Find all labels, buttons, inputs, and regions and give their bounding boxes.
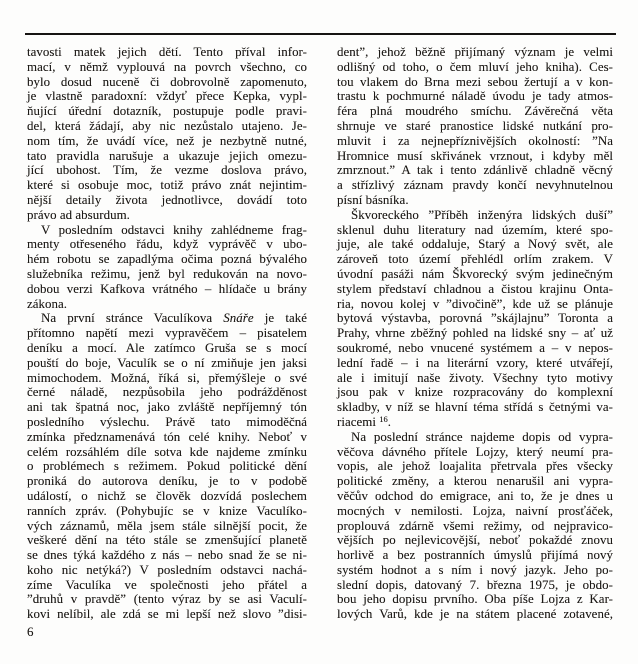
text-line: posledního výslechu. Právě tato mimoděčn… (27, 415, 307, 430)
text-line: mocných v nemilosti. Lojza, naivní prosť… (337, 504, 613, 519)
text-line: Prahy, vhrne zběžný pohled na lidské sny… (337, 326, 613, 341)
text-line: vějších po nejlevicovější, neboť pokaždé… (337, 533, 613, 548)
text-line: juje, ale také oddaluje, Starý a Nový sv… (337, 237, 613, 252)
text-line: ranních zpráv. (Pohybujíc se v knize Vac… (27, 504, 307, 519)
text-line: ria, novou kolej v ”divočině”, kde už se… (337, 297, 613, 312)
text-line: féra plná moudrého smíchu. Závěrečná vět… (337, 104, 613, 119)
text-line: slední dopis, datovaný 7. března 1975, j… (337, 578, 613, 593)
text-line: menty otřeseného řádu, když vyprávěč v u… (27, 237, 307, 252)
text-line: událostí, o nichž se člověk dozvídá posl… (27, 489, 307, 504)
text-line: černé náladě, nezpůsobila jeho podrážděn… (27, 385, 307, 400)
text-line: věčův odchod do emigrace, ani to, že je … (337, 489, 613, 504)
text-columns: tavosti matek jejich dětí. Tento příval … (27, 45, 613, 622)
text-line: lových Varů, kde je na státem placené zo… (337, 607, 613, 622)
text-line: horlivě a bez postranních úmyslů přijímá… (337, 548, 613, 563)
text-line: bou jeho dopisu prvního. Oba píše Lojza … (337, 592, 613, 607)
text-line: jící ubohost. Tím, že vezme doslova práv… (27, 163, 307, 178)
text-line: V posledním odstavci knihy zahlédneme fr… (27, 223, 307, 238)
text-line: služebníka režimu, jenž byl redukován na… (27, 267, 307, 282)
text-line: hém robotu se zapadlýma očima pozná býva… (27, 252, 307, 267)
text-line: vopis, ale jehož loajalita přetrvala pře… (337, 459, 613, 474)
text-line: se dnes týká každého z nás – nebo snad ž… (27, 548, 307, 563)
text-line: koho nic netýká?) V posledním odstavci n… (27, 563, 307, 578)
text-line: tavosti matek jejich dětí. Tento příval … (27, 45, 307, 60)
text-line: pouští do boje, Vaculík se o ní zmiňuje … (27, 356, 307, 371)
text-line: mací, v němž vyplouvá na povrch všechno,… (27, 60, 307, 75)
text-line: jsou pak v knize rozpracovány do komplex… (337, 385, 613, 400)
text-line: bytová výstavba, porovná ”skájlajnu” Tor… (337, 311, 613, 326)
text-line: riacemi 16. (337, 415, 613, 430)
text-line: vých záznamů, měla jsem stále silnější p… (27, 519, 307, 534)
text-line: dent”, jehož běžně přijímaný význam je v… (337, 45, 613, 60)
text-line: je vlastně paradoxní: vždyť přece Kepka,… (27, 89, 307, 104)
text-line: trastu k pochmurné náladě úvodu je tady … (337, 89, 613, 104)
text-line: lední řadě – i na literární vzory, které… (337, 356, 613, 371)
paragraph: Škvoreckého ”Příběh inženýra lidských du… (337, 208, 613, 430)
text-line: nom tím, že uvádí více, než je nezbytně … (27, 134, 307, 149)
text-line: ani tak špatná noc, jako zvláště nepříje… (27, 400, 307, 415)
text-line: nější detaily života jednotlivce, dovádí… (27, 193, 307, 208)
text-line: systém hodnot a s ním i nový jazyk. Jeho… (337, 563, 613, 578)
text-column-right: dent”, jehož běžně přijímaný význam je v… (337, 45, 613, 622)
top-rule-divider (25, 33, 616, 35)
book-page: tavosti matek jejich dětí. Tento příval … (0, 0, 638, 664)
text-line: del, která žádají, aby nic nezůstalo uta… (27, 119, 307, 134)
text-line: zmrznout.” A tak i tento zdánlivě chladn… (337, 163, 613, 178)
text-line: ale i imitují naše životy. Všechny tyto … (337, 371, 613, 386)
text-line: zároveň toto území přehlédl orlím zrakem… (337, 252, 613, 267)
text-line: proniká do autorova deníku, je to v podo… (27, 474, 307, 489)
text-line: tou vlakem do Brna mezi sebou žertují a … (337, 75, 613, 90)
text-line: o problémech s režimem. Pokud politické … (27, 459, 307, 474)
text-line: Škvoreckého ”Příběh inženýra lidských du… (337, 208, 613, 223)
text-line: zákona. (27, 297, 307, 312)
text-line: mluvit i za nejnepříznivějších okolností… (337, 134, 613, 149)
text-line: celém rozsáhlém díle sotva kde najdeme z… (27, 445, 307, 460)
text-line: právo ad absurdum. (27, 208, 307, 223)
text-line: veškeré dění na této stále se zmenšující… (27, 533, 307, 548)
text-line: sklenul duhu literatury nad územím, kter… (337, 223, 613, 238)
text-line: Hromnice musí skřivánek vrznout, i kdyby… (337, 149, 613, 164)
text-line: soukromé, nebo vnucené systémem a – v ne… (337, 341, 613, 356)
text-line: věčova dávného přítele Lojzy, který neum… (337, 445, 613, 460)
text-line: ”druhů v pravdě” (tento výraz by se asi … (27, 592, 307, 607)
text-line: proplouvá zdárně všemi režimy, od nejpra… (337, 519, 613, 534)
text-line: kovi nelíbil, ale zdá se mi lepší než sl… (27, 607, 307, 622)
text-line: přítomno napětí mezi vypravěčem – pisate… (27, 326, 307, 341)
paragraph: tavosti matek jejich dětí. Tento příval … (27, 45, 307, 223)
text-line: úvodní pasáži nám Škvorecký svým jedineč… (337, 267, 613, 282)
text-line: dobou verzi Kafkova vrátného – hlídače u… (27, 282, 307, 297)
text-line: mimochodem. Možná, říká si, přemýšleje o… (27, 371, 307, 386)
paragraph: dent”, jehož běžně přijímaný význam je v… (337, 45, 613, 208)
paragraph: Na poslední stránce najdeme dopis od vyp… (337, 430, 613, 622)
text-line: a střízlivý záznam pravdy končí nevyhnut… (337, 178, 613, 193)
paragraph: Na první stránce Vaculíkova Snáře je tak… (27, 311, 307, 622)
text-line: shrnuje ve staré pranostice lidské nutká… (337, 119, 613, 134)
text-line: které si osobuje moc, totiž právo znát n… (27, 178, 307, 193)
text-line: politické změny, a kterou nenarušil ani … (337, 474, 613, 489)
text-line: odlišný od toho, o čem mluví jeho kniha)… (337, 60, 613, 75)
text-line: stylem představí chladnou a čistou kraji… (337, 282, 613, 297)
text-line: písní básníka. (337, 193, 613, 208)
text-line: tato pravidla narušuje a ukazuje jejich … (27, 149, 307, 164)
text-line: bylo dosud nuceně či dobrovolně zapomenu… (27, 75, 307, 90)
page-number: 6 (27, 624, 34, 640)
text-line: zmínka předznamenává tón celé knihy. Neb… (27, 430, 307, 445)
text-line: ňující úřední dotazník, postupuje podle … (27, 104, 307, 119)
text-line: skladby, v níž se hlavní téma střídá s č… (337, 400, 613, 415)
text-line: Na první stránce Vaculíkova Snáře je tak… (27, 311, 307, 326)
text-line: zíme Vaculíka ve společnosti jeho přátel… (27, 578, 307, 593)
paragraph: V posledním odstavci knihy zahlédneme fr… (27, 223, 307, 312)
text-column-left: tavosti matek jejich dětí. Tento příval … (27, 45, 307, 622)
text-line: deníku a mocí. Ale zatímco Gruša se s mo… (27, 341, 307, 356)
text-line: Na poslední stránce najdeme dopis od vyp… (337, 430, 613, 445)
